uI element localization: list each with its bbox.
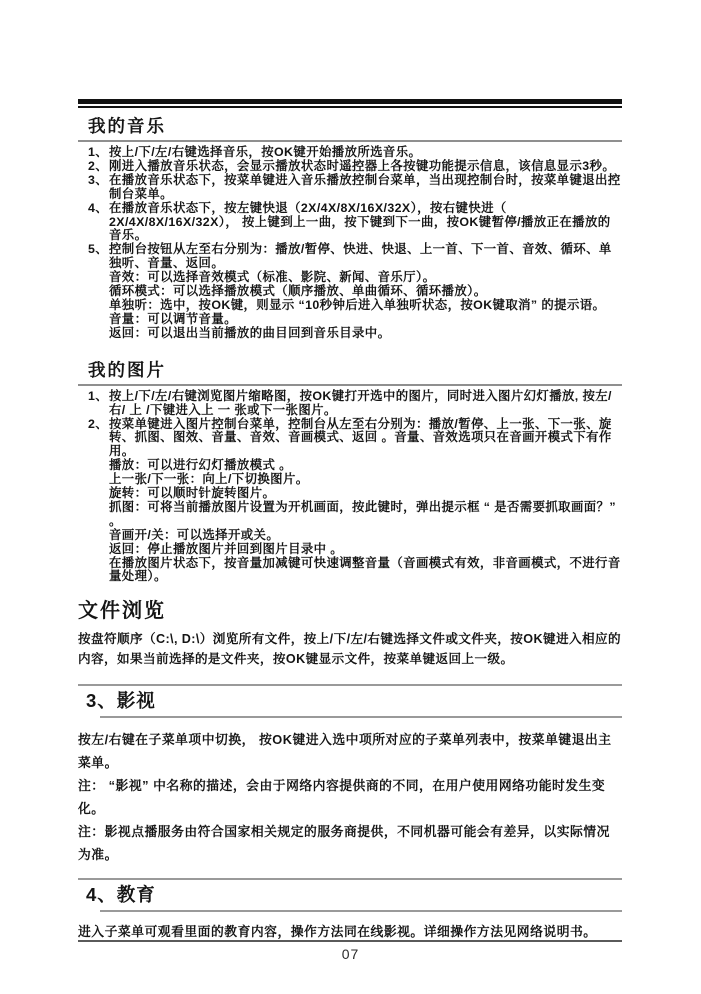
footer-rule <box>78 940 622 942</box>
item-marker: 3、 <box>88 174 108 188</box>
list-subitem: 返回：停止播放图片并回到图片目录中 。 <box>88 543 622 557</box>
item-text: 播放：可以进行幻灯播放模式 。 <box>109 458 292 472</box>
item-text: 返回：可以退出当前播放的曲目回到音乐目录中。 <box>109 326 390 340</box>
item-text: 在播放音乐状态下，按菜单键进入音乐播放控制台菜单，当出现控制台时，按菜单键退出控… <box>109 173 621 201</box>
list-item: 5、控制台按钮从左至右分别为：播放/暂停、快进、快退、上一首、下一首、音效、循环… <box>88 243 622 271</box>
chapter-title-video: 3、影视 <box>78 686 622 716</box>
item-marker: 1、 <box>88 146 108 160</box>
item-text: 返回：停止播放图片并回到图片目录中 。 <box>109 542 343 556</box>
list-subitem: 音效：可以选择音效模式（标准、影院、新闻、音乐厅）。 <box>88 271 622 285</box>
video-note-1: 注： “影视” 中名称的描述，会由于网络内容提供商的不同，在用户使用网络功能时发… <box>78 774 622 820</box>
item-text: 在播放音乐状态下，按左键快退（2X/4X/8X/16X/32X），按右键快进（ … <box>109 201 611 243</box>
page-number: 07 <box>0 946 701 962</box>
item-marker: 2、 <box>88 418 108 432</box>
my-pictures-list: 1、按上/下/左/右键浏览图片缩略图，按OK键打开选中的图片，同时进入图片幻灯播… <box>78 386 622 585</box>
item-text: 音量：可以调节音量。 <box>109 312 237 326</box>
item-text: 抓图：可将当前播放图片设置为开机画面，按此键时，弹出提示框 “ 是否需要抓取画面… <box>109 500 616 528</box>
section-title-my-pictures: 我的图片 <box>78 352 622 386</box>
header-rule-thick <box>78 99 622 104</box>
my-music-list: 1、按上/下/左/右键选择音乐，按OK键开始播放所选音乐。 2、刚进入播放音乐状… <box>78 142 622 341</box>
list-item: 4、在播放音乐状态下，按左键快退（2X/4X/8X/16X/32X），按右键快进… <box>88 202 622 244</box>
item-marker: 5、 <box>88 243 108 257</box>
list-subitem: 循环模式：可以选择播放模式（顺序播放、单曲循环、循环播放）。 <box>88 285 622 299</box>
list-subitem: 音画开/关：可以选择开或关。 <box>88 529 622 543</box>
item-text: 在播放图片状态下，按音量加减键可快速调整音量（音画模式有效，非音画模式，不进行音… <box>109 556 621 584</box>
item-text: 循环模式：可以选择播放模式（顺序播放、单曲循环、循环播放）。 <box>109 284 487 298</box>
list-subitem: 音量：可以调节音量。 <box>88 313 622 327</box>
page-content: 我的音乐 1、按上/下/左/右键选择音乐，按OK键开始播放所选音乐。 2、刚进入… <box>78 99 622 943</box>
list-subitem: 单独听：选中，按OK键，则显示 “10秒钟后进入单独听状态，按OK键取消” 的提… <box>88 299 622 313</box>
item-text: 单独听：选中，按OK键，则显示 “10秒钟后进入单独听状态，按OK键取消” 的提… <box>109 298 605 312</box>
item-text: 音画开/关：可以选择开或关。 <box>109 528 279 542</box>
item-text: 刚进入播放音乐状态，会显示播放状态时遥控器上各按键功能提示信息，该信息显示3秒。 <box>109 159 615 173</box>
list-subitem: 返回：可以退出当前播放的曲目回到音乐目录中。 <box>88 327 622 341</box>
item-marker: 2、 <box>88 160 108 174</box>
divider <box>100 910 622 912</box>
chapter-title-education: 4、教育 <box>78 880 622 910</box>
section-title-file-browse: 文件浏览 <box>78 599 622 623</box>
list-item: 2、刚进入播放音乐状态，会显示播放状态时遥控器上各按键功能提示信息，该信息显示3… <box>88 160 622 174</box>
list-item: 3、在播放音乐状态下，按菜单键进入音乐播放控制台菜单，当出现控制台时，按菜单键退… <box>88 174 622 202</box>
list-item: 2、按菜单键进入图片控制台菜单，控制台从左至右分别为：播放/暂停、上一张、下一张… <box>88 418 622 460</box>
list-subitem: 抓图：可将当前播放图片设置为开机画面，按此键时，弹出提示框 “ 是否需要抓取画面… <box>88 501 622 529</box>
list-item: 1、按上/下/左/右键浏览图片缩略图，按OK键打开选中的图片，同时进入图片幻灯播… <box>88 390 622 418</box>
chapter-education: 4、教育 <box>78 878 622 912</box>
file-browse-paragraph: 按盘符顺序（C:\, D:\）浏览所有文件，按上/下/左/右键选择文件或文件夹，… <box>78 630 622 669</box>
video-note-2: 注：影视点播服务由符合国家相关规定的服务商提供，不同机器可能会有差异，以实际情况… <box>78 820 622 866</box>
divider <box>100 716 622 718</box>
item-text: 按上/下/左/右键选择音乐，按OK键开始播放所选音乐。 <box>109 145 421 159</box>
chapter-video: 3、影视 <box>78 684 622 718</box>
video-paragraph: 按左/右键在子菜单项中切换， 按OK键进入选中项所对应的子菜单列表中，按菜单键退… <box>78 728 622 774</box>
list-subitem: 在播放图片状态下，按音量加减键可快速调整音量（音画模式有效，非音画模式，不进行音… <box>88 557 622 585</box>
item-text: 上一张/下一张：向上/下切换图片。 <box>109 472 309 486</box>
item-text: 按菜单键进入图片控制台菜单，控制台从左至右分别为：播放/暂停、上一张、下一张、旋… <box>109 417 612 459</box>
list-subitem: 上一张/下一张：向上/下切换图片。 <box>88 473 622 487</box>
item-marker: 1、 <box>88 390 108 404</box>
list-subitem: 旋转：可以顺时针旋转图片。 <box>88 487 622 501</box>
item-marker: 4、 <box>88 202 108 216</box>
item-text: 旋转：可以顺时针旋转图片。 <box>109 486 275 500</box>
item-text: 音效：可以选择音效模式（标准、影院、新闻、音乐厅）。 <box>109 270 435 284</box>
list-item: 1、按上/下/左/右键选择音乐，按OK键开始播放所选音乐。 <box>88 146 622 160</box>
item-text: 按上/下/左/右键浏览图片缩略图，按OK键打开选中的图片，同时进入图片幻灯播放,… <box>109 389 612 417</box>
section-title-my-music: 我的音乐 <box>78 108 622 142</box>
item-text: 控制台按钮从左至右分别为：播放/暂停、快进、快退、上一首、下一首、音效、循环、单… <box>109 242 612 270</box>
